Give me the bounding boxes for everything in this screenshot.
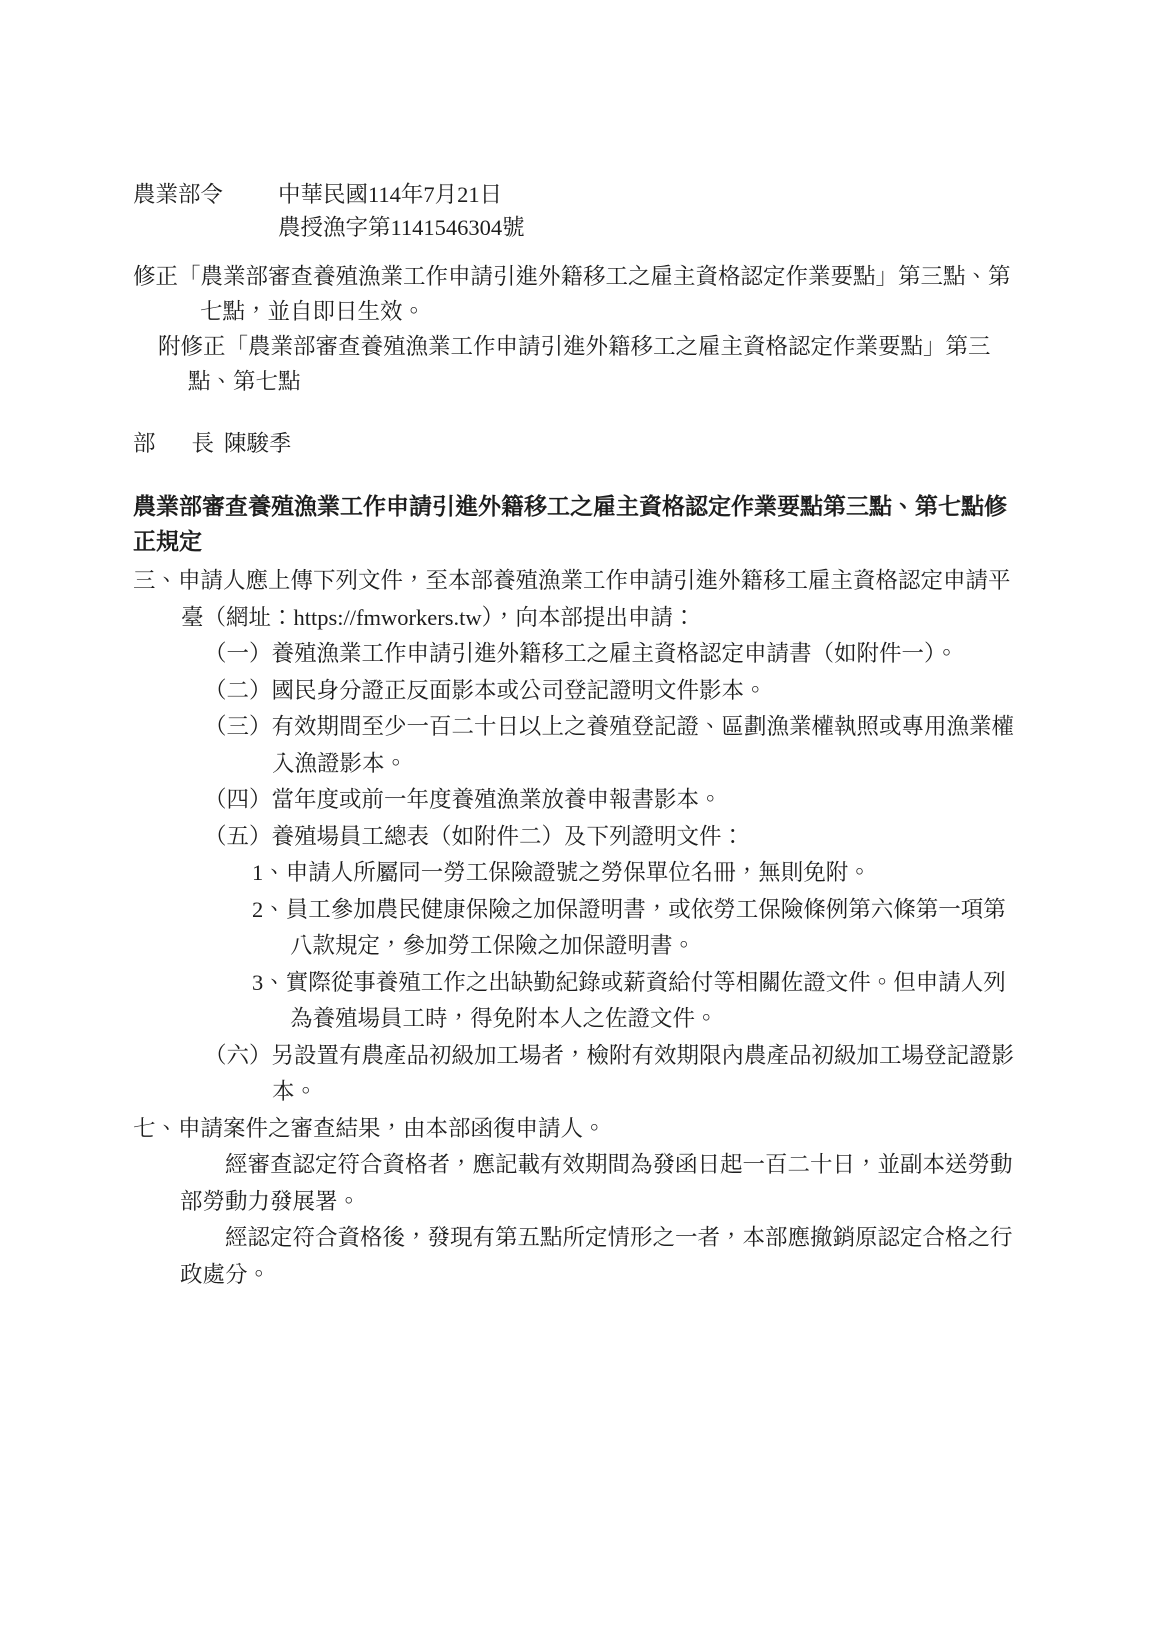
point3-item-4: （四）當年度或前一年度養殖漁業放養申報書影本。 — [133, 782, 1023, 819]
point3-item-5: （五）養殖場員工總表（如附件二）及下列證明文件： — [133, 819, 1023, 856]
document-number: 農授漁字第1141546304號 — [278, 211, 525, 244]
point3-item-5-sub-2: 2、員工參加農民健康保險之加保證明書，或依勞工保險條例第六條第一項第八款規定，參… — [133, 892, 1023, 965]
point3-intro: 三、申請人應上傳下列文件，至本部養殖漁業工作申請引進外籍移工雇主資格認定申請平臺… — [133, 563, 1023, 636]
point3-item-5-sub-1: 1、申請人所屬同一勞工保險證號之勞保單位名冊，無則免附。 — [133, 855, 1023, 892]
point3-item-2: （二）國民身分證正反面影本或公司登記證明文件影本。 — [133, 673, 1023, 710]
point7-paragraph-2: 經認定符合資格後，發現有第五點所定情形之一者，本部應撤銷原認定合格之行政處分。 — [133, 1220, 1023, 1293]
minister-name: 陳駿季 — [224, 431, 292, 456]
attachment-note: 附修正「農業部審查養殖漁業工作申請引進外籍移工之雇主資格認定作業要點」第三點、第… — [133, 329, 1023, 399]
document-page: 農業部令 中華民國114年7月21日 農授漁字第1141546304號 修正「農… — [0, 0, 1150, 1627]
point7-paragraph-1: 經審查認定符合資格者，應記載有效期間為發函日起一百二十日，並副本送勞動部勞動力發… — [133, 1147, 1023, 1220]
regulation-body: 三、申請人應上傳下列文件，至本部養殖漁業工作申請引進外籍移工雇主資格認定申請平臺… — [133, 563, 1023, 1293]
amendment-announcement: 修正「農業部審查養殖漁業工作申請引進外籍移工之雇主資格認定作業要點」第三點、第七… — [133, 259, 1023, 329]
point3-item-1: （一）養殖漁業工作申請引進外籍移工之雇主資格認定申請書（如附件一）。 — [133, 636, 1023, 673]
preamble: 修正「農業部審查養殖漁業工作申請引進外籍移工之雇主資格認定作業要點」第三點、第七… — [133, 259, 1023, 399]
issue-date: 中華民國114年7月21日 — [278, 178, 525, 211]
signatory-line: 部長陳駿季 — [133, 426, 1023, 461]
point3-item-6: （六）另設置有農產品初級加工場者，檢附有效期限內農產品初級加工場登記證影本。 — [133, 1038, 1023, 1111]
minister-title-char-2: 長 — [192, 431, 215, 456]
point3-item-5-sub-3: 3、實際從事養殖工作之出缺勤紀錄或薪資給付等相關佐證文件。但申請人列為養殖場員工… — [133, 965, 1023, 1038]
document-header: 農業部令 中華民國114年7月21日 農授漁字第1141546304號 — [133, 178, 1023, 244]
order-document: 農業部令 中華民國114年7月21日 農授漁字第1141546304號 修正「農… — [133, 178, 1023, 1293]
point7-intro: 七、申請案件之審查結果，由本部函復申請人。 — [133, 1111, 1023, 1148]
issuing-agency-label: 農業部令 — [133, 178, 278, 211]
point3-item-3: （三）有效期間至少一百二十日以上之養殖登記證、區劃漁業權執照或專用漁業權入漁證影… — [133, 709, 1023, 782]
header-meta: 中華民國114年7月21日 農授漁字第1141546304號 — [278, 178, 525, 244]
regulation-heading: 農業部審查養殖漁業工作申請引進外籍移工之雇主資格認定作業要點第三點、第七點修正規… — [133, 489, 1023, 559]
minister-title-char-1: 部 — [133, 431, 156, 456]
